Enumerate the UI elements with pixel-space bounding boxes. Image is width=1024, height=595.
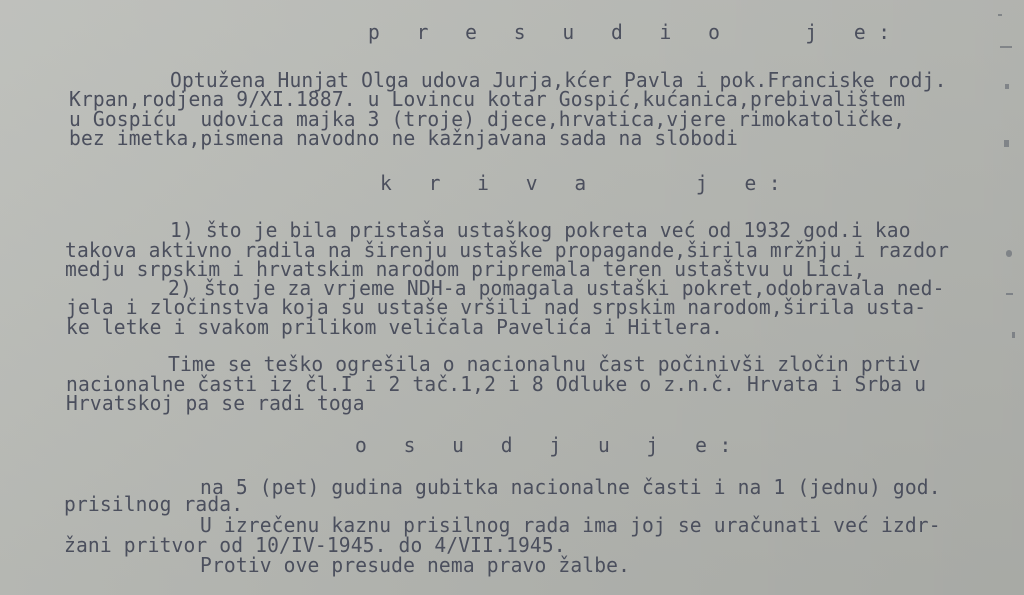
margin-mark xyxy=(1004,140,1009,147)
margin-mark xyxy=(998,14,1002,16)
text-line: Hrvatskoj pa se radi toga xyxy=(66,393,365,414)
heading-sentences: o s u d j u j e: xyxy=(355,435,744,456)
text-line: ke letke i svakom prilikom veličala Pave… xyxy=(66,317,723,338)
text-line: prisilnog rada. xyxy=(64,494,243,515)
margin-mark xyxy=(1006,250,1012,257)
margin-mark xyxy=(1006,293,1013,295)
heading-guilty: k r i v a j e: xyxy=(380,173,793,194)
margin-mark xyxy=(1000,46,1012,48)
heading-verdict: p r e s u d i o j e: xyxy=(368,22,903,43)
text-line: bez imetka,pismena navodno ne kažnjavana… xyxy=(69,128,738,149)
appeal-line: Protiv ove presude nema pravo žalbe. xyxy=(200,555,630,576)
typewritten-verdict-page: p r e s u d i o j e: Optužena Hunjat Olg… xyxy=(0,0,1024,595)
text-line: na 5 (pet) gudina gubitka nacionalne čas… xyxy=(200,477,941,498)
margin-mark xyxy=(1012,332,1015,338)
margin-mark xyxy=(1005,84,1009,89)
